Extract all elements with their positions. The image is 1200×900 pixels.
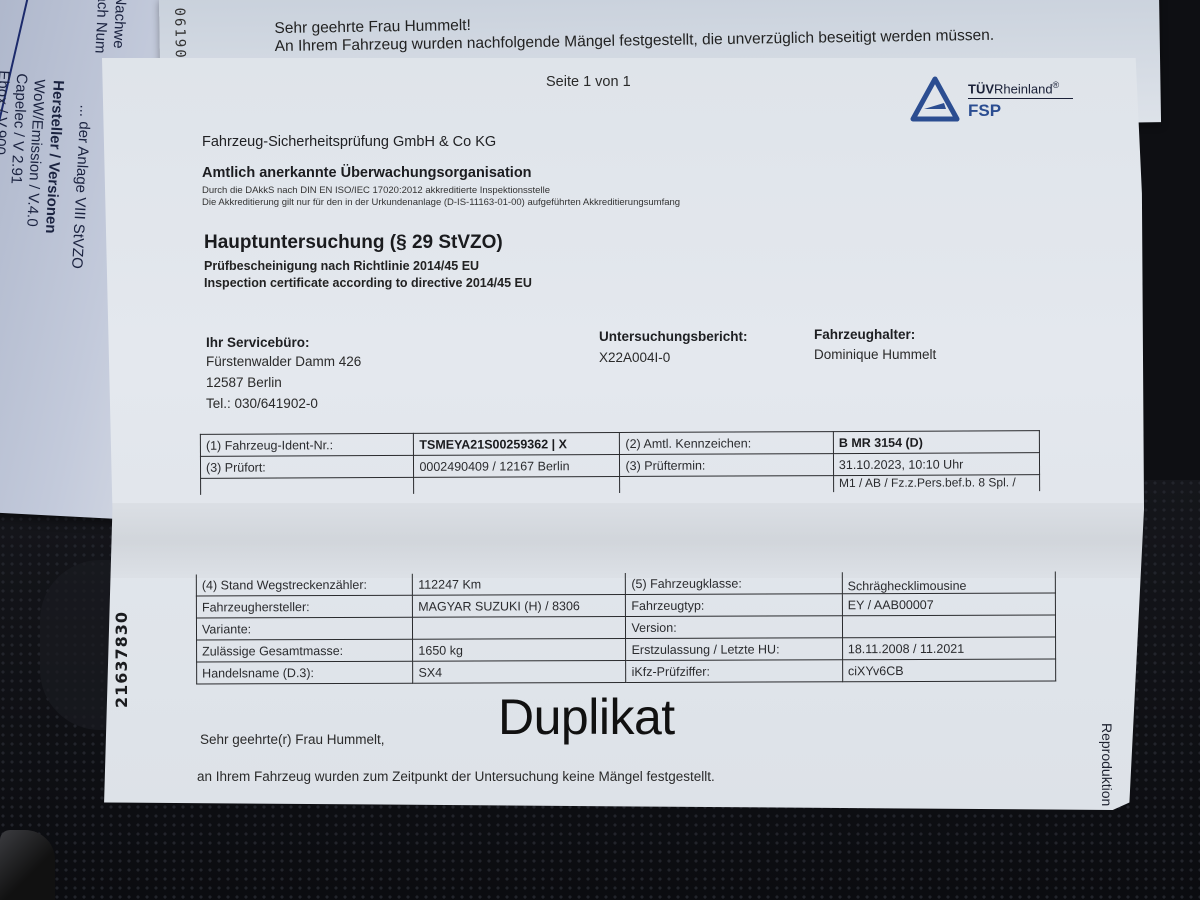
subtitle-de: Prüfbescheinigung nach Richtlinie 2014/4… (204, 259, 479, 273)
table-row: (4) Stand Wegstreckenzähler: 112247 Km (… (196, 572, 1055, 596)
field-value: 112247 Km (413, 573, 626, 595)
owner-name: Dominique Hummelt (814, 347, 936, 362)
field-label: Handelsname (D.3): (197, 661, 413, 684)
field-label: (2) Amtl. Kennzeichen: (620, 432, 834, 455)
tuv-logo: TÜVRheinland® FSP (910, 76, 1090, 128)
document-title: Hauptuntersuchung (§ 29 StVZO) (204, 232, 503, 254)
bg-line: ... der Anlage VIII StVZO (68, 104, 94, 269)
field-value: M1 / AB / Fz.z.Pers.bef.b. 8 Spl. / (833, 475, 1039, 492)
field-value: SX4 (413, 660, 626, 683)
table-row: Handelsname (D.3): SX4 iKfz-Prüfziffer: … (197, 659, 1056, 684)
field-label: Fahrzeughersteller: (196, 595, 412, 618)
plate-value: B MR 3154 (D) (833, 431, 1039, 454)
paper-fold (102, 503, 1144, 578)
accreditation-line-2: Die Akkreditierung gilt nur für den in d… (202, 197, 680, 208)
report-label: Untersuchungsbericht: (599, 329, 748, 344)
page-indicator: Seite 1 von 1 (546, 74, 631, 90)
vehicle-table-bottom: (4) Stand Wegstreckenzähler: 112247 Km (… (196, 571, 1056, 684)
duplicate-stamp: Duplikat (498, 688, 675, 746)
field-value: 0002490409 / 12167 Berlin (414, 455, 620, 478)
report-number: X22A004I-0 (599, 350, 670, 365)
field-label: (5) Fahrzeugklasse: (626, 572, 842, 594)
inspection-result: an Ihrem Fahrzeug wurden zum Zeitpunkt d… (197, 769, 715, 784)
side-document-number: 21637830 (112, 611, 131, 708)
field-label: Erstzulassung / Letzte HU: (626, 638, 842, 661)
table-row: Zulässige Gesamtmasse: 1650 kg Erstzulas… (197, 637, 1056, 662)
field-value (414, 476, 620, 493)
logo-brand: TÜVRheinland® (968, 80, 1059, 96)
accreditation-line-1: Durch die DAkkS nach DIN EN ISO/IEC 1702… (202, 185, 550, 196)
salutation: Sehr geehrte(r) Frau Hummelt, (200, 732, 385, 747)
field-label: iKfz-Prüfziffer: (626, 660, 842, 683)
field-value: Schräghecklimousine (842, 572, 1055, 594)
field-label: (4) Stand Wegstreckenzähler: (196, 574, 412, 596)
service-office-label: Ihr Servicebüro: (206, 335, 310, 350)
vin-value: TSMEYA21S00259362 | X (414, 433, 620, 456)
logo-underline (968, 98, 1073, 99)
field-label: Zulässige Gesamtmasse: (197, 639, 413, 662)
vehicle-table-top: (1) Fahrzeug-Ident-Nr.: TSMEYA21S0025936… (200, 430, 1040, 495)
inspection-certificate: Seite 1 von 1 TÜVRheinland® FSP Fahrzeug… (102, 58, 1144, 810)
field-label (620, 476, 833, 493)
service-office-street: Fürstenwalder Damm 426 (206, 354, 361, 369)
field-label: (1) Fahrzeug-Ident-Nr.: (200, 433, 414, 456)
field-label: Fahrzeugtyp: (626, 594, 842, 617)
logo-fsp: FSP (968, 101, 1001, 121)
bg-line: ach Num (91, 0, 111, 54)
field-label: (3) Prüfort: (200, 455, 414, 478)
field-value: EY / AAB00007 (842, 593, 1055, 616)
table-row: Fahrzeughersteller: MAGYAR SUZUKI (H) / … (196, 593, 1055, 618)
subtitle-en: Inspection certificate according to dire… (204, 276, 532, 290)
field-label: Variante: (196, 617, 412, 640)
company-name: Fahrzeug-Sicherheitsprüfung GmbH & Co KG (202, 134, 496, 150)
tuv-triangle-icon (910, 76, 960, 122)
side-text-reproduction: Reproduktion (1099, 723, 1115, 806)
owner-label: Fahrzeughalter: (814, 327, 915, 342)
field-value: 18.11.2008 / 11.2021 (842, 637, 1055, 660)
field-value: 1650 kg (413, 639, 626, 662)
field-value (413, 617, 626, 640)
service-office-city: 12587 Berlin (206, 375, 282, 390)
table-row: M1 / AB / Fz.z.Pers.bef.b. 8 Spl. / (201, 475, 1040, 495)
service-office-phone: Tel.: 030/641902-0 (206, 396, 318, 411)
organisation-heading: Amtlich anerkannte Überwachungsorganisat… (202, 165, 532, 181)
field-value (842, 615, 1055, 638)
field-value: ciXYv6CB (842, 659, 1055, 682)
field-label: (3) Prüftermin: (620, 454, 834, 477)
field-value: 31.10.2023, 10:10 Uhr (833, 453, 1039, 476)
field-value: MAGYAR SUZUKI (H) / 8306 (413, 595, 626, 618)
seat-belt-buckle (0, 830, 55, 900)
field-label (201, 477, 414, 494)
bg-line: Nachwe (110, 0, 130, 49)
table-row: Variante: Version: (196, 615, 1055, 640)
field-label: Version: (626, 616, 842, 639)
